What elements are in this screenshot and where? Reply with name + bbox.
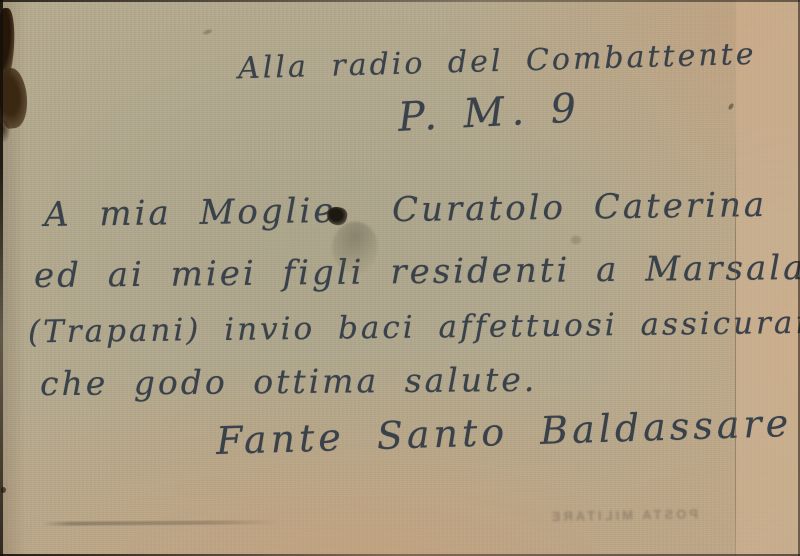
postcard-scan: Alla radio del Combattente P. M. 9 A mia… <box>0 0 800 556</box>
paper-speck <box>203 29 213 36</box>
message-line-2: ed ai miei figli residenti a Marsala <box>34 248 800 296</box>
smudge-line <box>42 520 280 526</box>
paper-speck <box>571 236 581 244</box>
paper-speck <box>728 102 735 110</box>
field-post-number: P. M. 9 <box>397 85 584 141</box>
message-line-3: (Trapani) invio baci affettuosi assicura… <box>28 304 800 351</box>
address-line: Alla radio del Combattente <box>238 37 757 86</box>
paper-speck <box>1 487 6 493</box>
stain-blob <box>0 120 10 142</box>
message-line-1: A mia Moglie Curatolo Caterina <box>44 185 768 235</box>
signature: Fante Santo Baldassare <box>215 401 792 463</box>
edge-stain <box>0 8 27 142</box>
card-top-edge <box>0 0 800 2</box>
message-line-4: che godo ottima salute. <box>40 360 538 403</box>
paper-crease <box>735 130 736 556</box>
showthrough-text: POSTA MILITARE <box>518 506 698 524</box>
